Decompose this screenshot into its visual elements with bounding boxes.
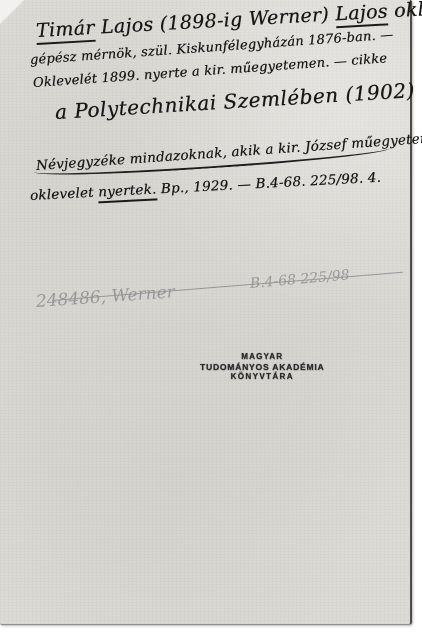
stamp-line-konyvtara: KÖNYVTÁRA [200,372,324,382]
stamp-line-magyar: MAGYAR [200,352,324,362]
paper-corner-crease [0,0,30,30]
ink-text: Bp., 1929. — B.4-68. 225/98. 4. [156,170,381,198]
library-stamp: MAGYAR TUDOMÁNYOS AKADÉMIA KÖNYVTÁRA [200,352,324,382]
underlined-word: nyertek. [98,181,157,203]
ink-note-middle-line2: oklevelet nyertek. Bp., 1929. — B.4-68. … [30,170,382,204]
underlined-firstname: Lajos [335,0,389,28]
stamp-line-akademia: TUDOMÁNYOS AKADÉMIA [200,362,324,372]
scanned-page: Timár Lajos (1898-ig Werner) Lajos okl. … [0,0,422,638]
underlined-surname: Timár [35,17,95,45]
ink-text: oklevelet [30,184,99,204]
pencil-note-left: 248486, Werner [35,282,175,312]
ink-text: okl. [387,0,422,22]
paper-sheet: Timár Lajos (1898-ig Werner) Lajos okl. … [0,0,412,625]
